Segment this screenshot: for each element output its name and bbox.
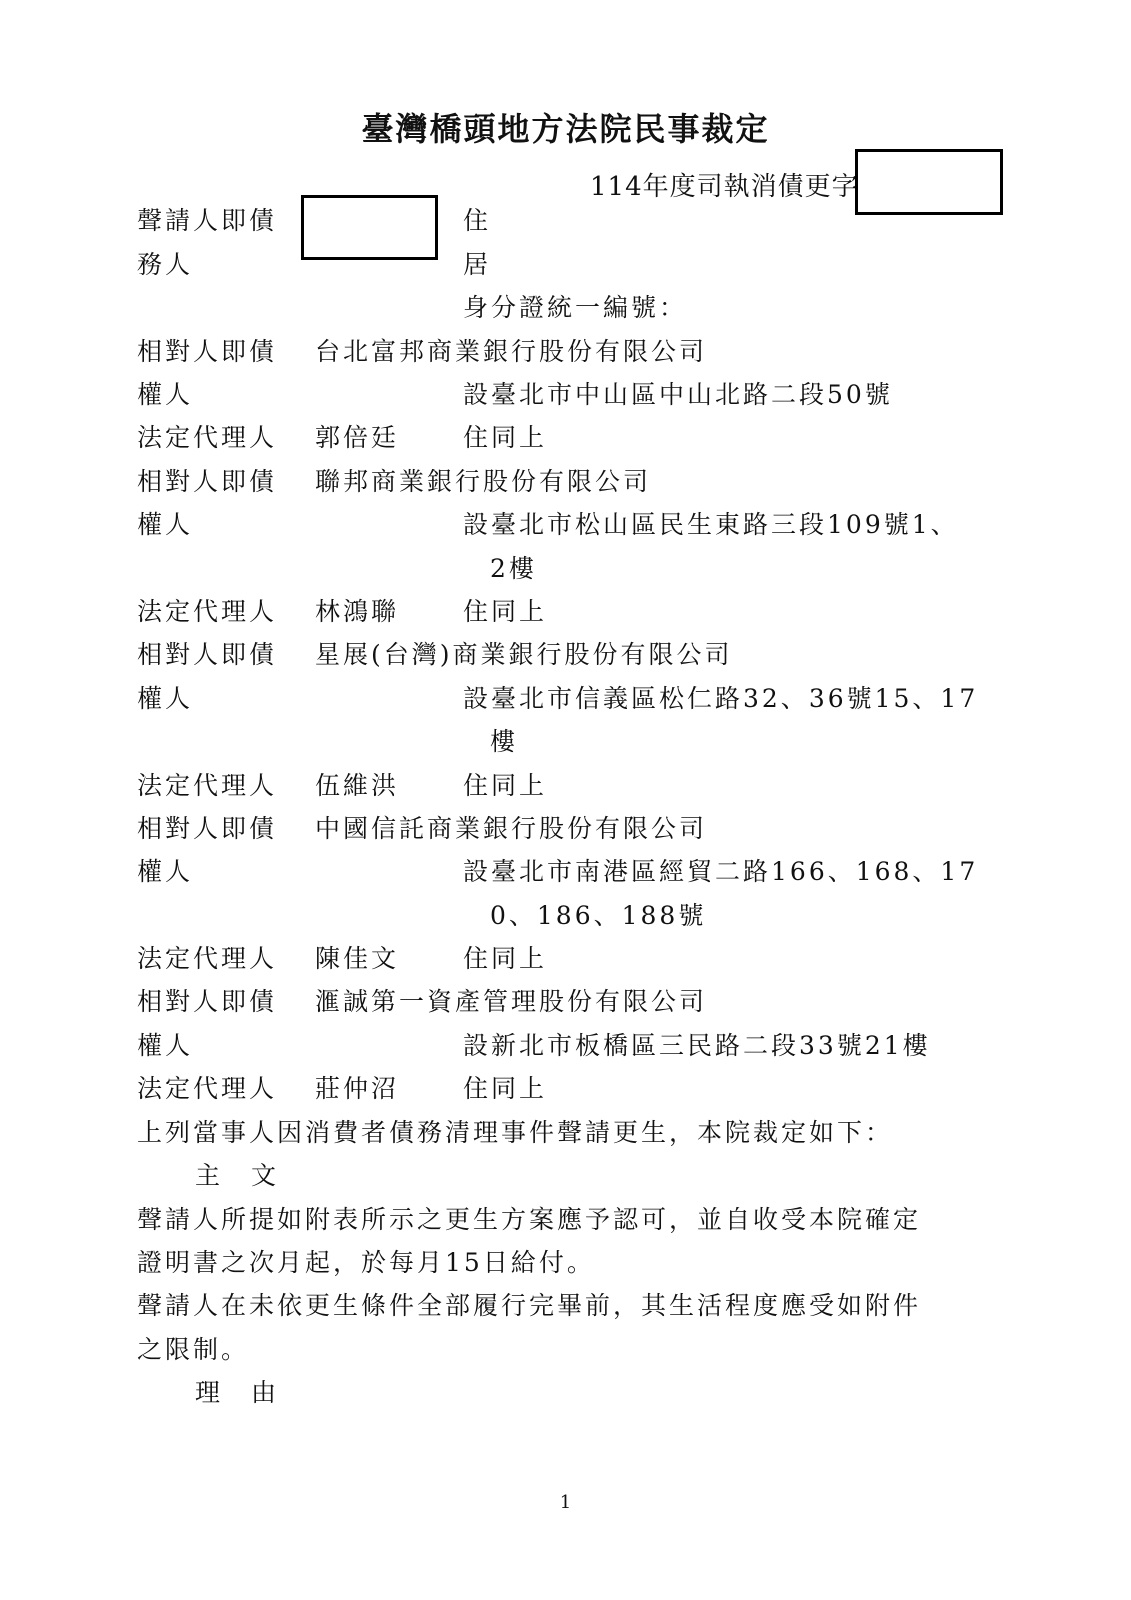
representative-address: 住同上 [463,771,547,801]
redacted-case-number-box [855,149,1003,215]
representative-label: 法定代理人 [137,423,277,453]
respondent-label-1: 相對人即債 [137,987,277,1017]
main-heading: 主 文 [195,1161,279,1191]
petitioner-id-label: 身分證統一編號： [463,293,687,323]
petitioner-label-1: 聲請人即債 [137,206,277,236]
respondent-name: 中國信託商業銀行股份有限公司 [315,814,707,844]
representative-address: 住同上 [463,944,547,974]
respondent-label-1: 相對人即債 [137,467,277,497]
respondent-label-2: 權人 [137,1031,193,1061]
representative-address: 住同上 [463,423,547,453]
reason-heading: 理 由 [195,1378,279,1408]
respondent-name: 滙誠第一資產管理股份有限公司 [315,987,707,1017]
respondent-address: 設新北市板橋區三民路二段33號21樓 [463,1031,931,1061]
respondent-address: 設臺北市中山區中山北路二段50號 [463,380,893,410]
page-number: 1 [0,1492,1131,1513]
main-paragraph-2-line-1: 聲請人在未依更生條件全部履行完畢前，其生活程度應受如附件 [137,1291,921,1321]
respondent-address-cont: 樓 [490,727,518,757]
representative-name: 陳佳文 [315,944,399,974]
respondent-address: 設臺北市南港區經貿二路166、168、17 [463,857,978,887]
intro-paragraph: 上列當事人因消費者債務清理事件聲請更生，本院裁定如下： [137,1118,893,1148]
representative-label: 法定代理人 [137,944,277,974]
representative-name: 林鴻聯 [315,597,399,627]
main-paragraph-2-line-2: 之限制。 [137,1335,249,1365]
representative-name: 莊仲沼 [315,1074,399,1104]
representative-address: 住同上 [463,597,547,627]
representative-label: 法定代理人 [137,771,277,801]
case-number: 114年度司執消債更字 [590,166,859,203]
respondent-label-2: 權人 [137,380,193,410]
respondent-address: 設臺北市信義區松仁路32、36號15、17 [463,684,978,714]
representative-label: 法定代理人 [137,1074,277,1104]
representative-label: 法定代理人 [137,597,277,627]
representative-address: 住同上 [463,1074,547,1104]
respondent-address: 設臺北市松山區民生東路三段109號1、 [463,510,959,540]
respondent-name: 聯邦商業銀行股份有限公司 [315,467,651,497]
petitioner-domicile-label: 居 [463,250,491,280]
representative-name: 郭倍廷 [315,423,399,453]
petitioner-label-2: 務人 [137,250,193,280]
respondent-label-2: 權人 [137,510,193,540]
document-title: 臺灣橋頭地方法院民事裁定 [0,104,1131,150]
respondent-label-1: 相對人即債 [137,814,277,844]
redacted-petitioner-name-box [301,195,438,260]
respondent-label-1: 相對人即債 [137,640,277,670]
respondent-address-cont: 2樓 [490,554,537,584]
respondent-name: 台北富邦商業銀行股份有限公司 [315,337,707,367]
respondent-label-2: 權人 [137,684,193,714]
representative-name: 伍維洪 [315,771,399,801]
respondent-name: 星展(台灣)商業銀行股份有限公司 [315,640,733,670]
respondent-address-cont: 0、186、188號 [490,901,706,931]
petitioner-residence-label: 住 [463,206,491,236]
respondent-label-2: 權人 [137,857,193,887]
respondent-label-1: 相對人即債 [137,337,277,367]
main-paragraph-1-line-2: 證明書之次月起，於每月15日給付。 [137,1248,595,1278]
main-paragraph-1-line-1: 聲請人所提如附表所示之更生方案應予認可，並自收受本院確定 [137,1205,921,1235]
